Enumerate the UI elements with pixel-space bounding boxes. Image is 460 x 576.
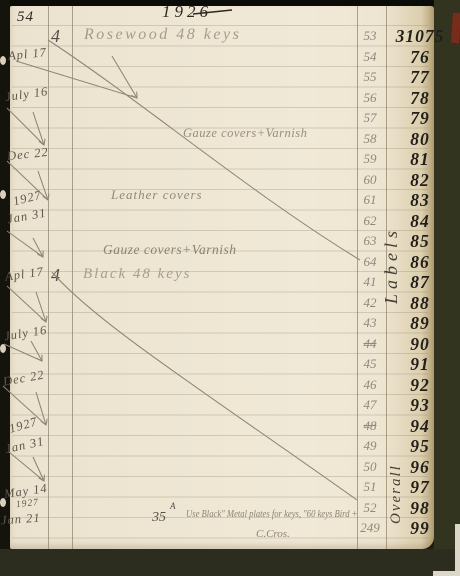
entry-text: Use Black" Metal plates for keys, "60 ke…	[186, 509, 357, 520]
ledger-row: 5298	[352, 498, 460, 518]
ref-number: 62	[352, 211, 388, 231]
ref-number: 59	[352, 149, 388, 169]
quantity-value: 4	[51, 26, 60, 47]
margin-date: Dec 22	[6, 145, 49, 164]
serial-number: 81	[388, 149, 452, 169]
ledger-row: 4995	[352, 436, 460, 456]
ref-number: 47	[352, 395, 388, 415]
ref-number: 249	[352, 518, 388, 538]
ledger-row: 4894	[352, 416, 460, 436]
serial-number: 92	[388, 375, 452, 395]
ledger-row: 6385	[352, 231, 460, 251]
ref-number: 63	[352, 231, 388, 251]
ref-number: 45	[352, 354, 388, 374]
ref-number: 54	[352, 47, 388, 67]
ledger-row: 24999	[352, 518, 460, 538]
entry-text: Gauze covers+Varnish	[103, 242, 236, 258]
entry-text: C.Cros.	[256, 528, 290, 540]
margin-date: Apl 17	[4, 264, 45, 284]
ref-number: 43	[352, 313, 388, 333]
serial-number: 90	[388, 334, 452, 354]
serial-number: 78	[388, 88, 452, 108]
ref-number: 57	[352, 108, 388, 128]
margin-date: July 16	[4, 84, 49, 105]
serial-number: 91	[388, 354, 452, 374]
serial-number: 98	[388, 498, 452, 518]
ref-number: 49	[352, 436, 388, 456]
serial-number: 77	[388, 67, 452, 87]
ref-number: 56	[352, 88, 388, 108]
serial-number: 87	[388, 272, 452, 292]
quantity-value: 4	[51, 265, 60, 286]
ledger-row: 5678	[352, 88, 460, 108]
serial-number: 96	[388, 457, 452, 477]
entry-text: Leather covers	[111, 187, 203, 203]
serial-number: 99	[388, 518, 452, 538]
margin-date: 1927	[7, 414, 39, 436]
ledger-row: 6183	[352, 190, 460, 210]
ledger-row: 6284	[352, 211, 460, 231]
serial-number: 93	[388, 395, 452, 415]
ref-number: 58	[352, 129, 388, 149]
serial-number: 84	[388, 211, 452, 231]
ledger-row: 4692	[352, 375, 460, 395]
ref-number: 61	[352, 190, 388, 210]
margin-date: Apl 17	[7, 45, 47, 64]
serial-number: 82	[388, 170, 452, 190]
margin-date: Jan 31	[4, 434, 46, 457]
ref-number: 42	[352, 293, 388, 313]
serial-number: 95	[388, 436, 452, 456]
ref-number: 60	[352, 170, 388, 190]
margin-date: Jan 21	[1, 511, 42, 529]
ref-number: 53	[352, 26, 388, 46]
ref-number: 46	[352, 375, 388, 395]
serial-number: 97	[388, 477, 452, 497]
year-heading: 1926	[162, 2, 212, 22]
ledger-row: 5096	[352, 457, 460, 477]
quantity-superscript: A	[170, 501, 176, 511]
quantity-value: 35	[152, 510, 166, 526]
entry-text: Black 48 keys	[83, 266, 191, 283]
serial-number: 85	[388, 231, 452, 251]
ledger-row: 5577	[352, 67, 460, 87]
ledger-row: 5476	[352, 47, 460, 67]
ref-number: 50	[352, 457, 388, 477]
margin-date: July 16	[3, 323, 48, 345]
margin-date: Dec 22	[2, 367, 46, 389]
ledger-row: 6486	[352, 252, 460, 272]
serial-number: 94	[388, 416, 452, 436]
ledger-row: 4591	[352, 354, 460, 374]
ledger-row: 5331075	[352, 26, 460, 46]
ledger-row: 4490	[352, 334, 460, 354]
serial-number: 79	[388, 108, 452, 128]
serial-number: 88	[388, 293, 452, 313]
ref-number: 64	[352, 252, 388, 272]
serial-number: 80	[388, 129, 452, 149]
ref-number: 48	[352, 416, 388, 436]
ledger-row: 4389	[352, 313, 460, 333]
ref-number: 52	[352, 498, 388, 518]
serial-number: 86	[388, 252, 452, 272]
ledger-row: 5981	[352, 149, 460, 169]
ledger-row: 6082	[352, 170, 460, 190]
serial-number: 89	[388, 313, 452, 333]
serial-number: 31075	[388, 26, 452, 46]
ref-number: 41	[352, 272, 388, 292]
ledger-row: 5197	[352, 477, 460, 497]
entry-text: Rosewood 48 keys	[84, 26, 241, 44]
ref-number: 55	[352, 67, 388, 87]
serial-number: 83	[388, 190, 452, 210]
serial-number: 76	[388, 47, 452, 67]
margin-date: Jan 31	[6, 206, 48, 228]
ref-number: 44	[352, 334, 388, 354]
folio-number: 54	[17, 9, 34, 26]
ledger-row: 5880	[352, 129, 460, 149]
ledger-row: 4288	[352, 293, 460, 313]
entry-text: Gauze covers+Varnish	[183, 126, 307, 141]
margin-date: 1927	[16, 498, 40, 510]
ledger-row: 4187	[352, 272, 460, 292]
ledger-row: 5779	[352, 108, 460, 128]
ref-number: 51	[352, 477, 388, 497]
ledger-row: 4793	[352, 395, 460, 415]
